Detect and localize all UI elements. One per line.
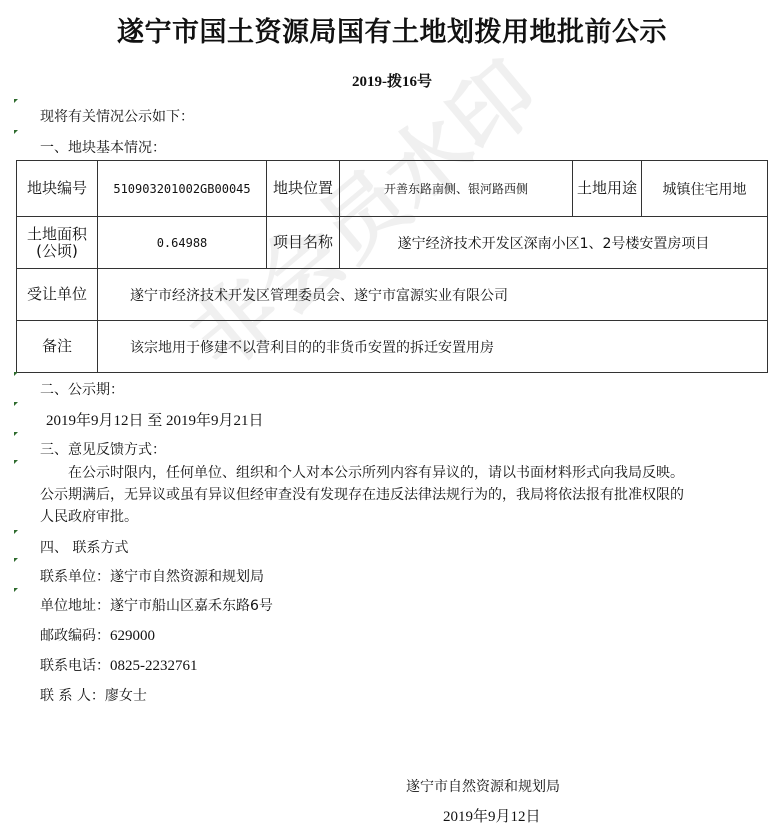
contact-row: 联系电话：0825-2232761 bbox=[40, 655, 198, 675]
paragraph-marker-icon bbox=[14, 432, 18, 436]
contact-row: 邮政编码：629000 bbox=[40, 625, 155, 645]
contact-value: 629000 bbox=[110, 628, 155, 644]
contact-value: 廖女士 bbox=[105, 688, 147, 704]
remark-value: 该宗地用于修建不以营利目的的非货币安置的拆迁安置用房 bbox=[98, 321, 768, 373]
contact-label: 联系单位： bbox=[40, 569, 110, 585]
feedback-paragraph: 在公示时限内，任何单位、组织和个人对本公示所列内容有异议的，请以书面材料形式向我… bbox=[40, 462, 690, 528]
paragraph-marker-icon bbox=[14, 402, 18, 406]
project-label: 项目名称 bbox=[267, 217, 340, 269]
paragraph-marker-icon bbox=[14, 99, 18, 103]
notice-period: 2019年9月12日 至 2019年9月21日 bbox=[46, 409, 264, 430]
use-value: 城镇住宅用地 bbox=[642, 161, 768, 217]
parcel-info-table: 地块编号 510903201002GB00045 地块位置 开善东路南侧、银河路… bbox=[16, 160, 768, 373]
location-value: 开善东路南侧、银河路西侧 bbox=[340, 161, 573, 217]
section4-heading: 四、 联系方式 bbox=[40, 537, 128, 557]
paragraph-marker-icon bbox=[14, 372, 18, 376]
signature-date: 2019年9月12日 bbox=[443, 805, 541, 826]
contact-row: 联系单位：遂宁市自然资源和规划局 bbox=[40, 566, 264, 586]
location-label: 地块位置 bbox=[267, 161, 340, 217]
paragraph-marker-icon bbox=[14, 558, 18, 562]
area-label: 土地面积(公顷) bbox=[17, 217, 98, 269]
use-label: 土地用途 bbox=[573, 161, 642, 217]
contact-value: 0825-2232761 bbox=[110, 658, 198, 674]
grantee-value: 遂宁市经济技术开发区管理委员会、遂宁市富源实业有限公司 bbox=[98, 269, 768, 321]
contact-value: 遂宁市船山区嘉禾东路6号 bbox=[110, 598, 273, 614]
contact-label: 联系电话： bbox=[40, 658, 110, 674]
document-number: 2019-拨16号 bbox=[0, 70, 784, 91]
paragraph-marker-icon bbox=[14, 588, 18, 592]
contact-label: 单位地址： bbox=[40, 598, 110, 614]
area-value: 0.64988 bbox=[98, 217, 267, 269]
paragraph-marker-icon bbox=[14, 130, 18, 134]
parcel-no-value: 510903201002GB00045 bbox=[98, 161, 267, 217]
paragraph-marker-icon bbox=[14, 530, 18, 534]
remark-label: 备注 bbox=[17, 321, 98, 373]
project-value: 遂宁经济技术开发区深南小区1、2号楼安置房项目 bbox=[340, 217, 768, 269]
section2-heading: 二、公示期： bbox=[40, 379, 124, 399]
section1-heading: 一、地块基本情况： bbox=[40, 137, 166, 157]
parcel-no-label: 地块编号 bbox=[17, 161, 98, 217]
contact-label: 联 系 人： bbox=[40, 688, 105, 704]
contact-label: 邮政编码： bbox=[40, 628, 110, 644]
signature-org: 遂宁市自然资源和规划局 bbox=[406, 776, 560, 796]
contact-row: 联 系 人：廖女士 bbox=[40, 685, 147, 705]
contact-value: 遂宁市自然资源和规划局 bbox=[110, 569, 264, 585]
contact-row: 单位地址：遂宁市船山区嘉禾东路6号 bbox=[40, 595, 273, 615]
section3-heading: 三、意见反馈方式： bbox=[40, 439, 166, 459]
grantee-label: 受让单位 bbox=[17, 269, 98, 321]
page-title: 遂宁市国土资源局国有土地划拨用地批前公示 bbox=[0, 10, 784, 49]
paragraph-marker-icon bbox=[14, 460, 18, 464]
intro-text: 现将有关情况公示如下： bbox=[40, 106, 194, 126]
